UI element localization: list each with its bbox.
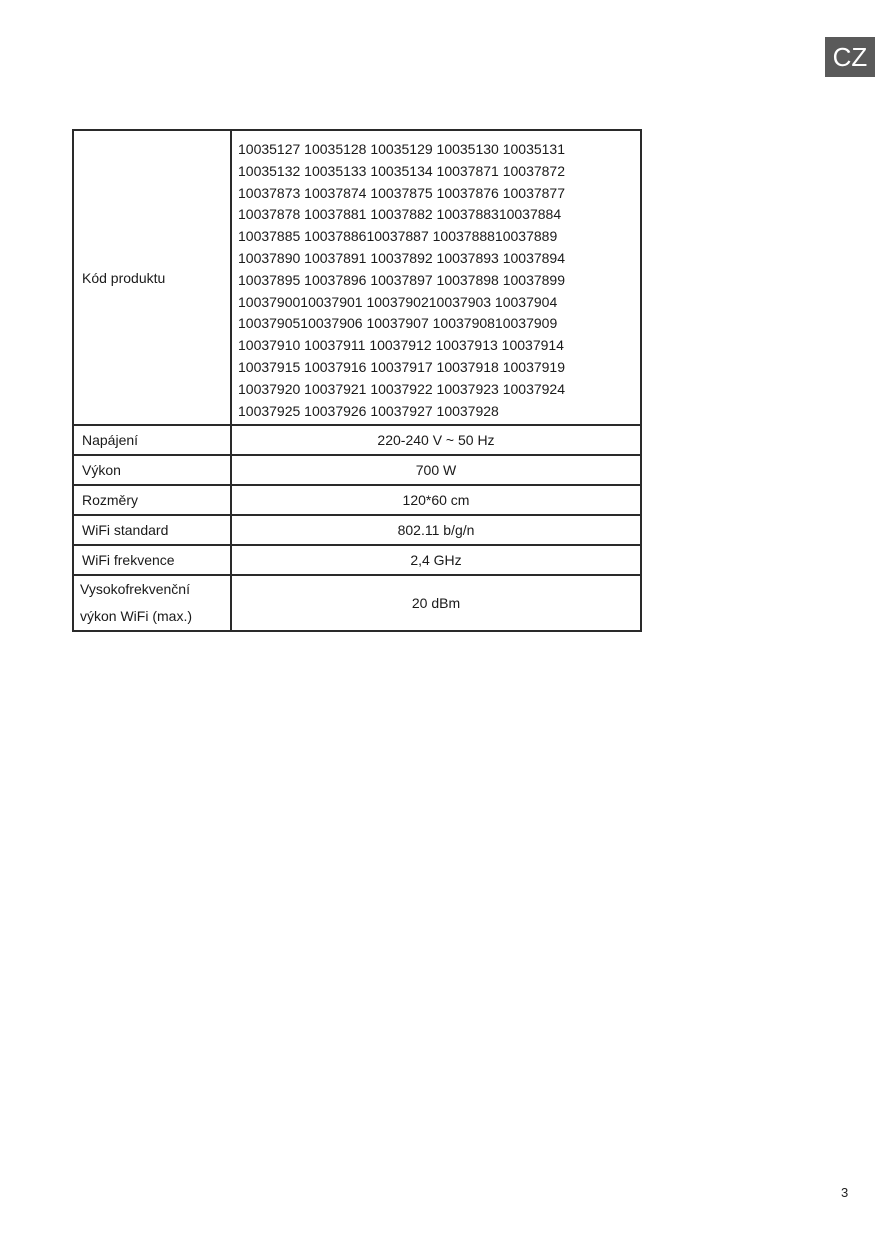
table-row-product-code: Kód produktu 10035127 10035128 10035129 … bbox=[73, 130, 641, 425]
product-code-line: 1003790010037901 1003790210037903 100379… bbox=[238, 292, 634, 314]
spec-label: Vysokofrekvenční výkon WiFi (max.) bbox=[73, 575, 231, 631]
spec-label: WiFi standard bbox=[73, 515, 231, 545]
spec-label: Rozměry bbox=[73, 485, 231, 515]
table-row-wifi-frequency: WiFi frekvence 2,4 GHz bbox=[73, 545, 641, 575]
rf-power-label-line1: Vysokofrekvenční bbox=[80, 576, 230, 603]
language-badge: CZ bbox=[825, 37, 875, 77]
spec-label: WiFi frekvence bbox=[73, 545, 231, 575]
product-code-line: 10037873 10037874 10037875 10037876 1003… bbox=[238, 183, 634, 205]
product-code-label: Kód produktu bbox=[73, 130, 231, 425]
product-code-line: 10037895 10037896 10037897 10037898 1003… bbox=[238, 270, 634, 292]
spec-value: 2,4 GHz bbox=[231, 545, 641, 575]
product-code-line: 10035127 10035128 10035129 10035130 1003… bbox=[238, 139, 634, 161]
product-code-line: 10037885 1003788610037887 10037888100378… bbox=[238, 226, 634, 248]
product-code-line: 1003790510037906 10037907 10037908100379… bbox=[238, 313, 634, 335]
spec-value: 120*60 cm bbox=[231, 485, 641, 515]
product-code-line: 10035132 10035133 10035134 10037871 1003… bbox=[238, 161, 634, 183]
page-number: 3 bbox=[841, 1185, 848, 1200]
spec-value: 700 W bbox=[231, 455, 641, 485]
table-row-wifi-standard: WiFi standard 802.11 b/g/n bbox=[73, 515, 641, 545]
product-code-line: 10037925 10037926 10037927 10037928 bbox=[238, 401, 634, 423]
table-row-rf-power: Vysokofrekvenční výkon WiFi (max.) 20 dB… bbox=[73, 575, 641, 631]
product-code-line: 10037890 10037891 10037892 10037893 1003… bbox=[238, 248, 634, 270]
product-code-line: 10037910 10037911 10037912 10037913 1003… bbox=[238, 335, 634, 357]
table-row-dimensions: Rozměry 120*60 cm bbox=[73, 485, 641, 515]
table-row-power: Výkon 700 W bbox=[73, 455, 641, 485]
product-code-list: 10035127 10035128 10035129 10035130 1003… bbox=[231, 130, 641, 425]
spec-label: Napájení bbox=[73, 425, 231, 455]
spec-value: 220-240 V ~ 50 Hz bbox=[231, 425, 641, 455]
rf-power-label-line2: výkon WiFi (max.) bbox=[80, 603, 230, 630]
product-code-line: 10037878 10037881 10037882 1003788310037… bbox=[238, 204, 634, 226]
product-code-line: 10037915 10037916 10037917 10037918 1003… bbox=[238, 357, 634, 379]
specification-table: Kód produktu 10035127 10035128 10035129 … bbox=[72, 129, 642, 632]
spec-label: Výkon bbox=[73, 455, 231, 485]
product-code-line: 10037920 10037921 10037922 10037923 1003… bbox=[238, 379, 634, 401]
table-row-power-supply: Napájení 220-240 V ~ 50 Hz bbox=[73, 425, 641, 455]
spec-value: 802.11 b/g/n bbox=[231, 515, 641, 545]
spec-value: 20 dBm bbox=[231, 575, 641, 631]
